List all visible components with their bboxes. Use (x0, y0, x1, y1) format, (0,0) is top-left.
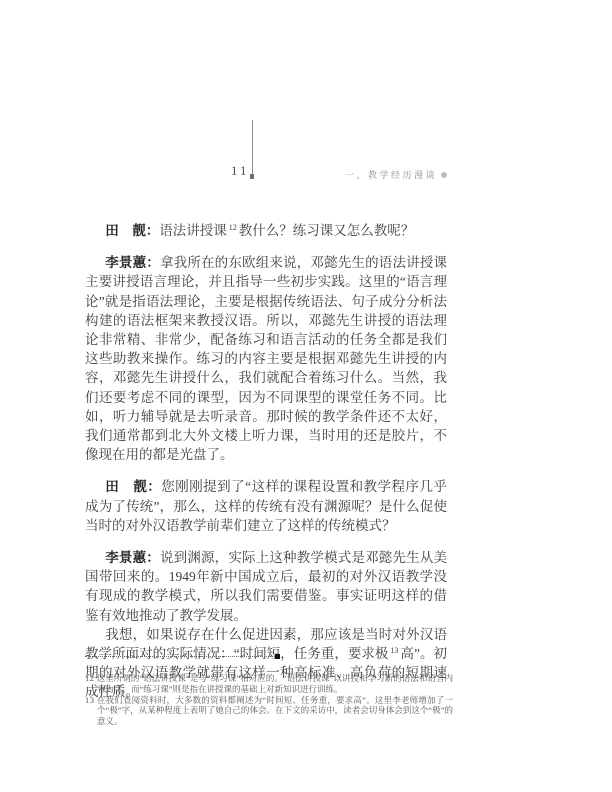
chapter-header-text: 一、教学经历漫谈 (345, 168, 437, 181)
footnote-number: 13 (85, 695, 95, 705)
speaker-name: 田 靓： (105, 223, 159, 238)
footnote-item-13: 13 在我们查阅资料时，大多数的资料都阐述为“时间短、任务重，要求高”。这里李老… (85, 695, 453, 727)
dialogue-turn-answer-1: 李景蕙：拿我所在的东欧组来说，邓懿先生的语法讲授课主要讲授语言理论，并且指导一些… (85, 253, 447, 464)
chapter-bullet-icon (441, 172, 447, 178)
footnote-divider (85, 653, 285, 661)
footnote-item-12: 12 这里所谓的“语法讲授课”是与“练习课”相对应的。“语法讲授课”以讲授和学习… (85, 673, 453, 695)
chapter-header: 一、教学经历漫谈 (345, 168, 447, 181)
dialogue-turn-answer-2: 李景蕙：说到渊源，实际上这种教学模式是邓懿先生从美国带回来的。1949年新中国成… (85, 548, 447, 625)
speaker-name: 田 靓： (105, 479, 161, 494)
turn-text: 教什么？练习课又怎么教呢？ (239, 223, 415, 238)
footnotes-block: 12 这里所谓的“语法讲授课”是与“练习课”相对应的。“语法讲授课”以讲授和学习… (85, 673, 453, 727)
footnote-divider-line (85, 656, 275, 657)
book-page: 11 一、教学经历漫谈 田 靓：语法讲授课12教什么？练习课又怎么教呢？ 李景蕙… (0, 0, 612, 792)
footnote-number: 12 (85, 673, 95, 683)
turn-text: 拿我所在的东欧组来说，邓懿先生的语法讲授课主要讲授语言理论，并且指导一些初步实践… (85, 255, 447, 462)
divider-end-icon (275, 654, 280, 659)
footnote-text: 这里所谓的“语法讲授课”是与“练习课”相对应的。“语法讲授课”以讲授和学习新的语… (97, 673, 453, 694)
header-rule (252, 120, 253, 179)
dialogue-turn-question-1: 田 靓：语法讲授课12教什么？练习课又怎么教呢？ (85, 221, 447, 240)
speaker-name: 李景蕙： (105, 255, 160, 270)
page-number: 11 (231, 163, 250, 179)
dialogue-body: 田 靓：语法讲授课12教什么？练习课又怎么教呢？ 李景蕙：拿我所在的东欧组来说，… (85, 221, 447, 702)
footnote-ref-13: 13 (390, 646, 398, 655)
dialogue-turn-question-2: 田 靓：您刚刚提到了“这样的课程设置和教学程序几乎成为了传统”，那么，这样的传统… (85, 477, 447, 535)
header-rule-foot (250, 174, 254, 179)
footnote-ref-12: 12 (229, 223, 237, 232)
turn-text: 语法讲授课 (159, 223, 227, 238)
footnote-text: 在我们查阅资料时，大多数的资料都阐述为“时间短、任务重，要求高”。这里李老师增加… (97, 695, 453, 727)
speaker-name: 李景蕙： (105, 550, 160, 565)
